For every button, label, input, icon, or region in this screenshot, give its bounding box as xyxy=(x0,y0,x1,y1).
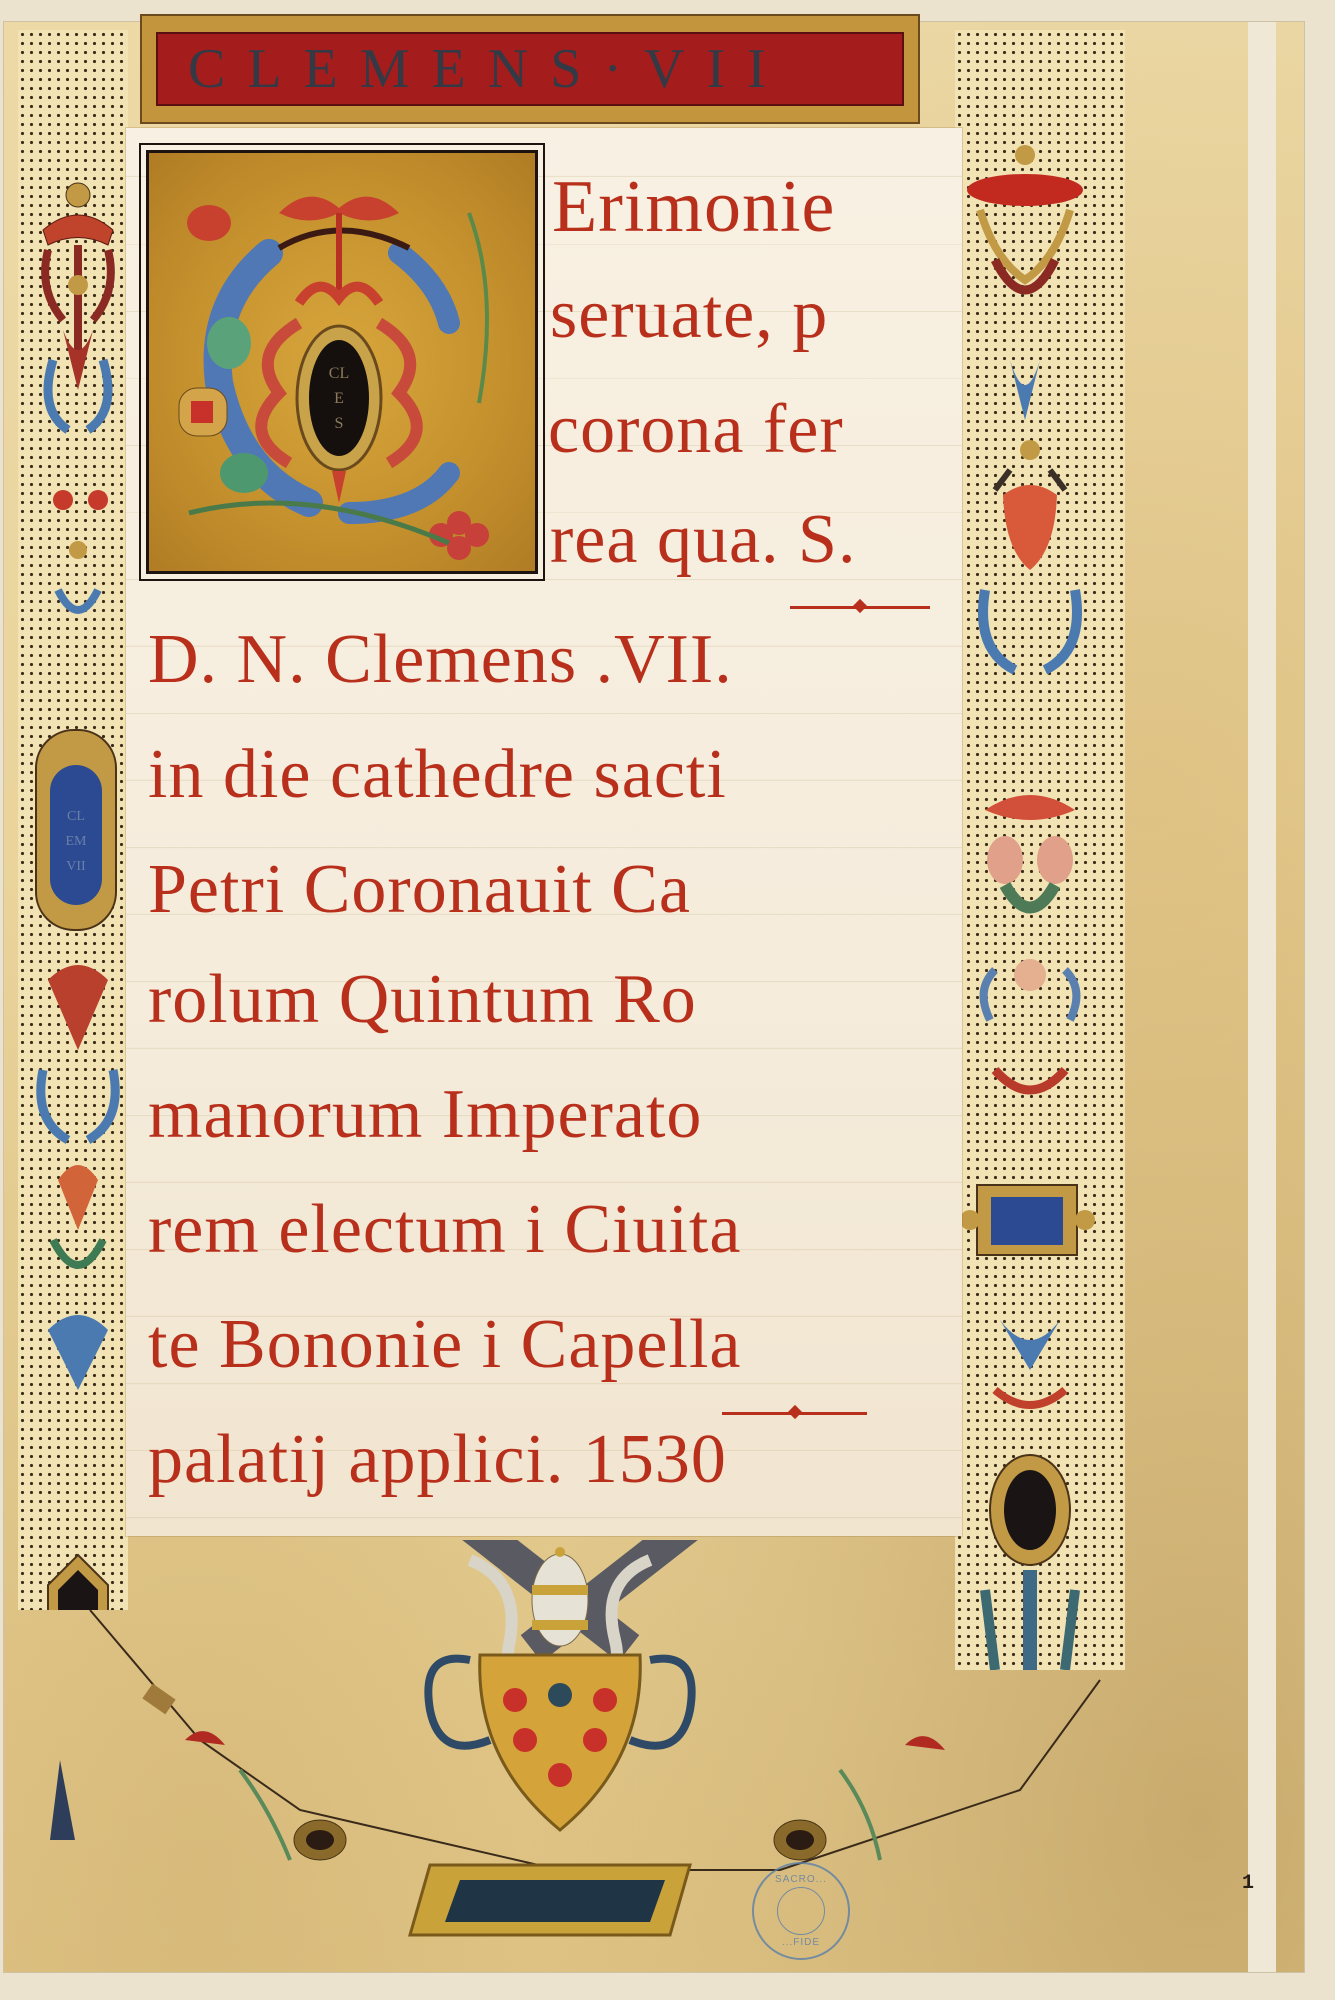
year-abbreviation-bar xyxy=(722,1412,867,1415)
svg-text:S: S xyxy=(335,415,344,432)
title-banner-field: CLEMENS·VII xyxy=(156,32,904,106)
svg-text:VII: VII xyxy=(66,859,86,874)
text-line-6: in die cathedre sacti xyxy=(148,740,727,810)
text-line-1: Erimonie xyxy=(552,170,835,244)
initial-wreath-icon: CL E S xyxy=(149,153,535,571)
text-line-11: te Bononie i Capella xyxy=(148,1310,741,1380)
right-border-ornament-icon xyxy=(955,30,1125,1670)
folio-number: 1 xyxy=(1242,1872,1254,1895)
text-line-3: corona fer xyxy=(548,395,844,465)
text-line-5: D. N. Clemens .VII. xyxy=(148,625,733,695)
title-text: CLEMENS·VII xyxy=(188,37,788,101)
stamp-inner-ring xyxy=(777,1887,825,1935)
medallion-text: CL xyxy=(329,365,349,382)
text-line-7: Petri Coronauit Ca xyxy=(148,855,691,925)
cartouche-text: CL xyxy=(67,809,85,824)
title-banner: CLEMENS·VII xyxy=(140,14,920,124)
stamp-bottom-text: ...FIDE xyxy=(754,1937,848,1948)
svg-text:E: E xyxy=(334,390,344,407)
decorated-initial: CL E S xyxy=(146,150,538,574)
text-line-12: palatij applici. 1530 xyxy=(148,1425,727,1495)
library-stamp: SACRO... ...FIDE xyxy=(752,1862,850,1960)
svg-text:EM: EM xyxy=(66,834,88,849)
text-line-10: rem electum i Ciuita xyxy=(148,1195,741,1265)
text-line-8: rolum Quintum Ro xyxy=(148,965,697,1035)
text-line-4: rea qua. S. xyxy=(550,505,856,575)
left-border-ornament-icon: CL EM VII xyxy=(18,30,128,1610)
abbreviation-bar xyxy=(790,606,930,609)
right-decorative-border xyxy=(955,30,1125,1670)
left-decorative-border: CL EM VII xyxy=(18,30,128,1610)
text-line-9: manorum Imperato xyxy=(148,1080,702,1150)
text-line-2: seruate, p xyxy=(550,280,828,350)
papal-coat-of-arms-icon xyxy=(0,1540,1335,2000)
stamp-top-text: SACRO... xyxy=(754,1874,848,1885)
